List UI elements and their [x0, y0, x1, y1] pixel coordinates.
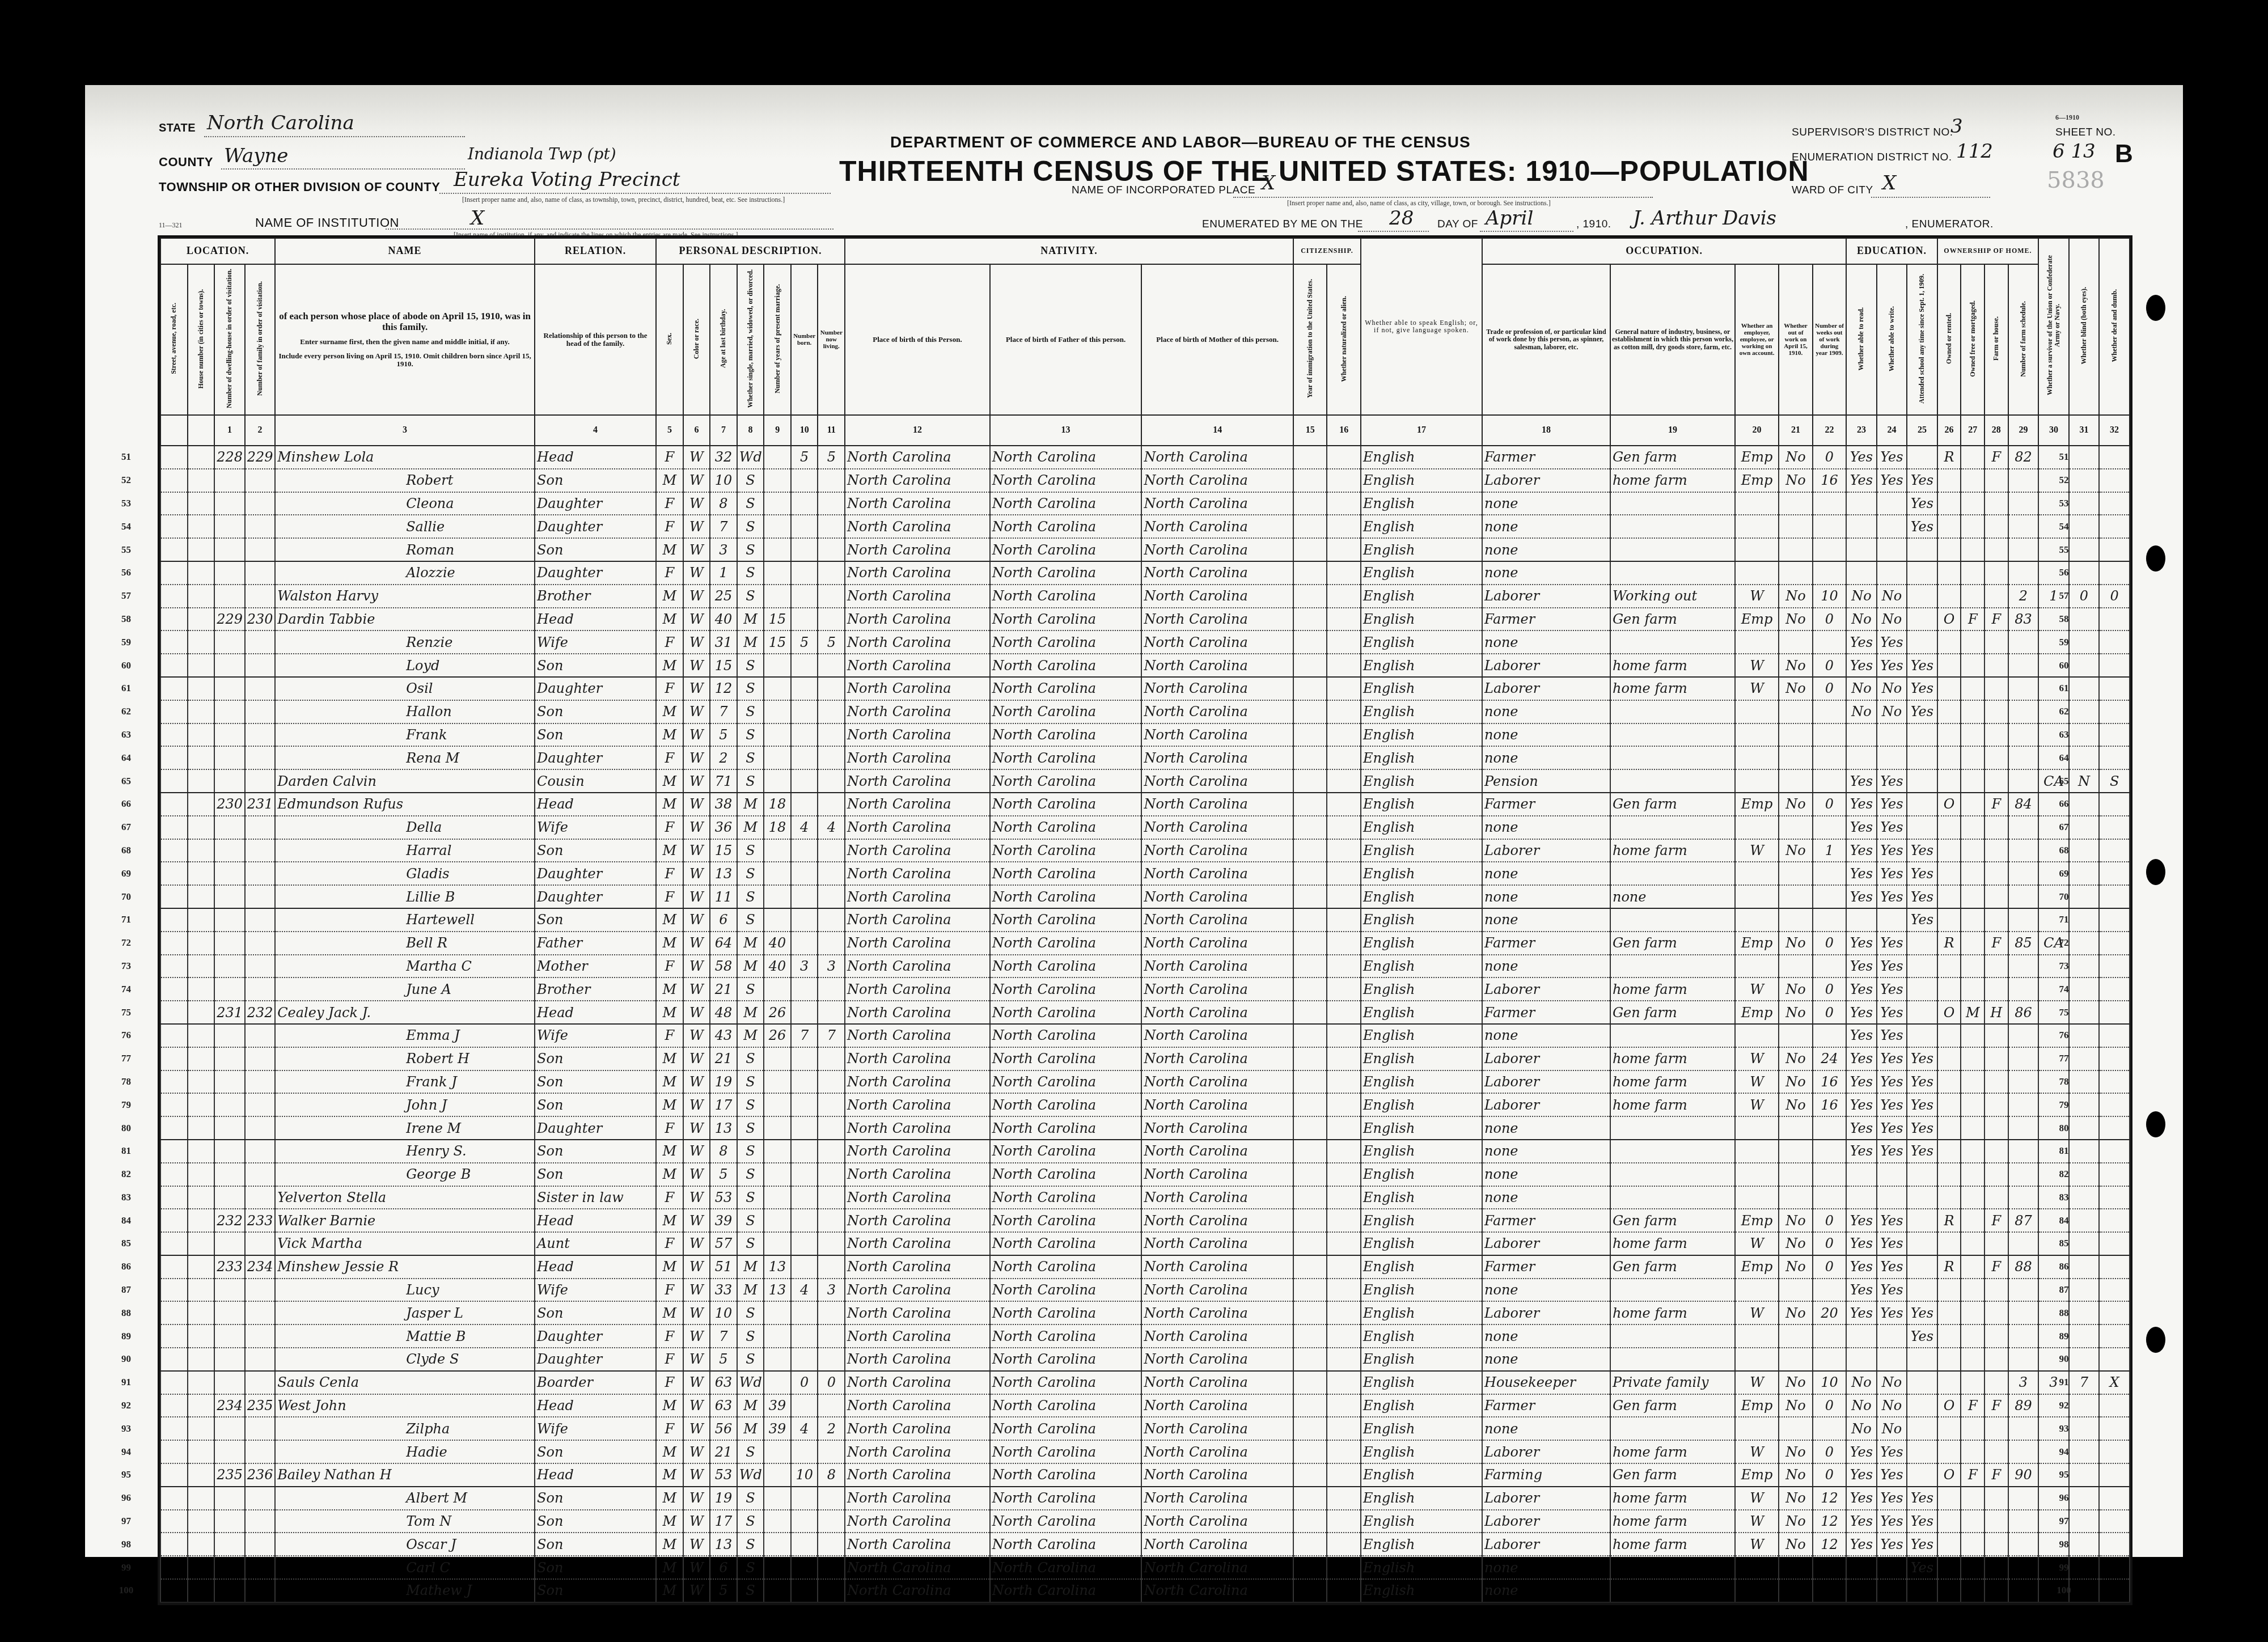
- header-birth-person: Place of birth of this Person.: [845, 264, 990, 415]
- cell-bp: North Carolina: [845, 1116, 990, 1140]
- line-number: 78: [2050, 1076, 2078, 1087]
- cell-dwelling: [214, 977, 245, 1001]
- census-table: LOCATION. NAME RELATION. PERSONAL DESCRI…: [158, 235, 2132, 1605]
- cell-street: [160, 977, 188, 1001]
- cell-write: Yes: [1877, 793, 1907, 816]
- cell-age: 63: [710, 1394, 737, 1417]
- column-number: 2: [245, 415, 276, 446]
- cell-read: [1846, 561, 1877, 585]
- line-number: 54: [2050, 521, 2078, 532]
- cell-bp: North Carolina: [845, 1417, 990, 1440]
- cell-dwelling: 230: [214, 793, 245, 816]
- cell-sex: M: [656, 608, 683, 631]
- cell-emp: [1735, 1186, 1779, 1209]
- cell-wk: 0: [1813, 1463, 1847, 1487]
- cell-fh: [1984, 1140, 2008, 1163]
- cell-dwelling: [214, 1533, 245, 1556]
- cell-emp: [1735, 1140, 1779, 1163]
- line-number: 52: [2050, 475, 2078, 486]
- cell-imm: [1293, 1093, 1327, 1116]
- cell-name: Bailey Nathan H: [275, 1463, 535, 1487]
- cell-ym: [764, 654, 791, 677]
- cell-deaf: X: [2099, 1371, 2130, 1394]
- cell-industry: [1610, 862, 1735, 885]
- cell-fh: F: [1984, 793, 2008, 816]
- cell-fm: [1961, 1024, 1984, 1047]
- cell-sched: [2008, 1533, 2039, 1556]
- cell-read: No: [1846, 608, 1877, 631]
- cell-dwelling: [214, 585, 245, 608]
- cell-street: [160, 908, 188, 932]
- cell-lang: English: [1361, 1140, 1482, 1163]
- cell-bpm: North Carolina: [1141, 1371, 1293, 1394]
- cell-industry: none: [1610, 885, 1735, 908]
- cell-industry: [1610, 1163, 1735, 1186]
- cell-bpf: North Carolina: [990, 1348, 1142, 1371]
- punch-hole: [2146, 1111, 2165, 1137]
- cell-dwelling: [214, 885, 245, 908]
- cell-trade: Laborer: [1482, 1070, 1610, 1094]
- cell-dwelling: [214, 1047, 245, 1070]
- cell-dwelling: 233: [214, 1255, 245, 1279]
- column-number: 29: [2008, 415, 2039, 446]
- cell-relation: Daughter: [535, 515, 656, 538]
- cell-house: [188, 1440, 215, 1463]
- cell-name: West John: [275, 1394, 535, 1417]
- cell-born: [791, 469, 818, 492]
- cell-relation: Son: [535, 1163, 656, 1186]
- cell-born: [791, 1440, 818, 1463]
- cell-living: [818, 1140, 845, 1163]
- cell-family: [245, 1279, 276, 1302]
- cell-house: [188, 515, 215, 538]
- cell-fh: [1984, 585, 2008, 608]
- cell-industry: home farm: [1610, 1047, 1735, 1070]
- cell-trade: Housekeeper: [1482, 1371, 1610, 1394]
- cell-imm: [1293, 885, 1327, 908]
- cell-sched: [2008, 1140, 2039, 1163]
- cell-lang: English: [1361, 955, 1482, 978]
- cell-read: No: [1846, 1394, 1877, 1417]
- cell-name: Alozzie: [275, 561, 535, 585]
- cell-fh: [1984, 908, 2008, 932]
- cell-deaf: 0: [2099, 585, 2130, 608]
- cell-living: [818, 608, 845, 631]
- cell-imm: [1293, 1070, 1327, 1094]
- cell-nat: [1327, 885, 1360, 908]
- header-free-mortgaged: Owned free or mortgaged.: [1961, 264, 1984, 415]
- cell-fh: [1984, 839, 2008, 862]
- table-row: SallieDaughterFW7SNorth CarolinaNorth Ca…: [160, 515, 2130, 538]
- group-nativity: NATIVITY.: [845, 238, 1293, 264]
- cell-oow: [1779, 816, 1812, 839]
- cell-fh: [1984, 1163, 2008, 1186]
- line-number: 66: [113, 798, 139, 810]
- cell-own: O: [1937, 1463, 1961, 1487]
- cell-street: [160, 955, 188, 978]
- cell-oow: [1779, 955, 1812, 978]
- table-row: Mathew JSonMW5SNorth CarolinaNorth Carol…: [160, 1579, 2130, 1602]
- cell-born: [791, 1001, 818, 1024]
- cell-bp: North Carolina: [845, 1140, 990, 1163]
- cell-family: [245, 1533, 276, 1556]
- incorporated-place-label: Name of incorporated place: [1072, 184, 1255, 197]
- header-children-born: Number born.: [791, 264, 818, 415]
- cell-family: [245, 1186, 276, 1209]
- cell-marital: Wd: [737, 1463, 764, 1487]
- cell-house: [188, 700, 215, 723]
- cell-marital: S: [737, 1579, 764, 1602]
- cell-race: W: [683, 885, 710, 908]
- line-number: 65: [2050, 776, 2078, 787]
- cell-ym: [764, 1556, 791, 1579]
- cell-living: [818, 1163, 845, 1186]
- cell-industry: home farm: [1610, 1440, 1735, 1463]
- cell-fh: [1984, 1324, 2008, 1348]
- cell-family: [245, 816, 276, 839]
- cell-ym: [764, 1163, 791, 1186]
- cell-write: [1877, 561, 1907, 585]
- line-number: 96: [2050, 1492, 2078, 1504]
- cell-wk: 0: [1813, 1394, 1847, 1417]
- header-race: Color or race.: [683, 264, 710, 415]
- cell-oow: No: [1779, 585, 1812, 608]
- cell-nat: [1327, 1209, 1360, 1232]
- cell-deaf: [2099, 1579, 2130, 1602]
- cell-family: [245, 585, 276, 608]
- cell-age: 64: [710, 932, 737, 955]
- cell-race: W: [683, 1394, 710, 1417]
- cell-sched: 82: [2008, 446, 2039, 469]
- cell-age: 38: [710, 793, 737, 816]
- cell-own: [1937, 955, 1961, 978]
- cell-living: [818, 977, 845, 1001]
- cell-fm: [1961, 1324, 1984, 1348]
- cell-sched: 89: [2008, 1394, 2039, 1417]
- cell-relation: Son: [535, 700, 656, 723]
- cell-wk: [1813, 1324, 1847, 1348]
- cell-nat: [1327, 677, 1360, 700]
- cell-street: [160, 1348, 188, 1371]
- cell-bpm: North Carolina: [1141, 1116, 1293, 1140]
- cell-own: [1937, 977, 1961, 1001]
- cell-street: [160, 769, 188, 793]
- cell-name: John J: [275, 1093, 535, 1116]
- cell-born: [791, 977, 818, 1001]
- cell-nat: [1327, 1070, 1360, 1094]
- cell-lang: English: [1361, 1279, 1482, 1302]
- cell-race: W: [683, 1579, 710, 1602]
- cell-bpf: North Carolina: [990, 1440, 1142, 1463]
- cell-bp: North Carolina: [845, 1047, 990, 1070]
- cell-ym: [764, 1324, 791, 1348]
- cell-fm: [1961, 492, 1984, 515]
- cell-oow: [1779, 515, 1812, 538]
- header-language: Whether able to speak English; or, if no…: [1361, 238, 1482, 415]
- cell-born: [791, 1070, 818, 1094]
- cell-own: [1937, 1301, 1961, 1324]
- cell-name: Loyd: [275, 654, 535, 677]
- cell-school: [1907, 1024, 1937, 1047]
- cell-lang: English: [1361, 1324, 1482, 1348]
- cell-relation: Head: [535, 1463, 656, 1487]
- cell-industry: [1610, 1116, 1735, 1140]
- cell-age: 3: [710, 538, 737, 561]
- cell-deaf: [2099, 816, 2130, 839]
- cell-deaf: [2099, 932, 2130, 955]
- cell-family: [245, 1417, 276, 1440]
- cell-imm: [1293, 1140, 1327, 1163]
- cell-fm: [1961, 908, 1984, 932]
- cell-born: 7: [791, 1024, 818, 1047]
- cell-emp: Emp: [1735, 469, 1779, 492]
- table-row: DellaWifeFW36M1844North CarolinaNorth Ca…: [160, 816, 2130, 839]
- cell-lang: English: [1361, 1093, 1482, 1116]
- cell-emp: [1735, 1579, 1779, 1602]
- cell-emp: [1735, 862, 1779, 885]
- cell-own: [1937, 654, 1961, 677]
- cell-born: [791, 885, 818, 908]
- cell-lang: English: [1361, 977, 1482, 1001]
- cell-wk: [1813, 862, 1847, 885]
- table-row: Walston HarvyBrotherMW25SNorth CarolinaN…: [160, 585, 2130, 608]
- column-number: 24: [1877, 415, 1907, 446]
- cell-school: [1907, 746, 1937, 769]
- cell-industry: [1610, 955, 1735, 978]
- cell-marital: M: [737, 1394, 764, 1417]
- line-number: 52: [113, 475, 139, 486]
- cell-family: 230: [245, 608, 276, 631]
- cell-fm: [1961, 746, 1984, 769]
- cell-imm: [1293, 723, 1327, 747]
- cell-fh: [1984, 1116, 2008, 1140]
- cell-industry: [1610, 1417, 1735, 1440]
- cell-bpm: North Carolina: [1141, 1301, 1293, 1324]
- cell-relation: Son: [535, 1579, 656, 1602]
- cell-family: [245, 700, 276, 723]
- cell-oow: [1779, 862, 1812, 885]
- line-number: 94: [113, 1446, 139, 1458]
- cell-living: [818, 793, 845, 816]
- cell-write: Yes: [1877, 630, 1907, 654]
- cell-living: [818, 1556, 845, 1579]
- cell-nat: [1327, 932, 1360, 955]
- cell-dwelling: [214, 1116, 245, 1140]
- cell-own: [1937, 1348, 1961, 1371]
- cell-deaf: [2099, 1070, 2130, 1094]
- cell-own: R: [1937, 932, 1961, 955]
- table-row: OsilDaughterFW12SNorth CarolinaNorth Car…: [160, 677, 2130, 700]
- cell-lang: English: [1361, 1232, 1482, 1255]
- cell-name: Bell R: [275, 932, 535, 955]
- cell-marital: Wd: [737, 1371, 764, 1394]
- cell-race: W: [683, 1463, 710, 1487]
- cell-relation: Wife: [535, 1024, 656, 1047]
- cell-lang: English: [1361, 1186, 1482, 1209]
- cell-write: Yes: [1877, 1116, 1907, 1140]
- cell-name: Lillie B: [275, 885, 535, 908]
- cell-own: [1937, 862, 1961, 885]
- line-number: 89: [2050, 1331, 2078, 1342]
- cell-read: No: [1846, 585, 1877, 608]
- cell-street: [160, 1533, 188, 1556]
- cell-nat: [1327, 1510, 1360, 1533]
- cell-lang: English: [1361, 862, 1482, 885]
- cell-sex: F: [656, 955, 683, 978]
- cell-bpf: North Carolina: [990, 955, 1142, 978]
- cell-bpf: North Carolina: [990, 1024, 1142, 1047]
- cell-industry: [1610, 1140, 1735, 1163]
- cell-bpm: North Carolina: [1141, 677, 1293, 700]
- cell-own: [1937, 1510, 1961, 1533]
- cell-write: No: [1877, 700, 1907, 723]
- cell-race: W: [683, 1209, 710, 1232]
- cell-imm: [1293, 1324, 1327, 1348]
- cell-relation: Son: [535, 654, 656, 677]
- cell-race: W: [683, 1510, 710, 1533]
- header-blind: Whether blind (both eyes).: [2069, 238, 2100, 415]
- column-number: 10: [791, 415, 818, 446]
- cell-fh: [1984, 515, 2008, 538]
- cell-street: [160, 608, 188, 631]
- header-birth-mother: Place of birth of Mother of this person.: [1141, 264, 1293, 415]
- cell-deaf: [2099, 1348, 2130, 1371]
- cell-name: Henry S.: [275, 1140, 535, 1163]
- cell-fm: M: [1961, 1001, 1984, 1024]
- cell-emp: [1735, 1116, 1779, 1140]
- cell-lang: English: [1361, 1394, 1482, 1417]
- cell-age: 11: [710, 885, 737, 908]
- cell-name: Walston Harvy: [275, 585, 535, 608]
- cell-dwelling: [214, 862, 245, 885]
- cell-street: [160, 1279, 188, 1302]
- cell-nat: [1327, 1556, 1360, 1579]
- cell-wk: [1813, 885, 1847, 908]
- cell-imm: [1293, 1579, 1327, 1602]
- line-number: 87: [2050, 1284, 2078, 1296]
- cell-trade: none: [1482, 1163, 1610, 1186]
- cell-marital: S: [737, 1487, 764, 1510]
- cell-own: [1937, 1070, 1961, 1094]
- line-number: 78: [113, 1076, 139, 1087]
- cell-trade: Laborer: [1482, 469, 1610, 492]
- cell-ym: 39: [764, 1394, 791, 1417]
- cell-fh: [1984, 561, 2008, 585]
- cell-bpm: North Carolina: [1141, 492, 1293, 515]
- cell-born: [791, 677, 818, 700]
- cell-living: [818, 1394, 845, 1417]
- line-number: 73: [2050, 960, 2078, 972]
- cell-name: Osil: [275, 677, 535, 700]
- cell-family: [245, 1232, 276, 1255]
- cell-own: O: [1937, 793, 1961, 816]
- cell-sched: 83: [2008, 608, 2039, 631]
- cell-race: W: [683, 700, 710, 723]
- cell-fh: [1984, 492, 2008, 515]
- cell-house: [188, 955, 215, 978]
- cell-emp: [1735, 816, 1779, 839]
- cell-bpm: North Carolina: [1141, 932, 1293, 955]
- cell-marital: S: [737, 746, 764, 769]
- cell-lang: English: [1361, 515, 1482, 538]
- cell-industry: home farm: [1610, 839, 1735, 862]
- cell-own: [1937, 723, 1961, 747]
- cell-own: [1937, 492, 1961, 515]
- cell-wk: 0: [1813, 977, 1847, 1001]
- cell-imm: [1293, 1001, 1327, 1024]
- cell-bp: North Carolina: [845, 1487, 990, 1510]
- cell-bp: North Carolina: [845, 446, 990, 469]
- line-number: 64: [2050, 752, 2078, 764]
- cell-deaf: [2099, 654, 2130, 677]
- cell-fh: [1984, 1047, 2008, 1070]
- cell-emp: [1735, 1324, 1779, 1348]
- cell-marital: S: [737, 1209, 764, 1232]
- line-number: 95: [2050, 1469, 2078, 1480]
- cell-age: 48: [710, 1001, 737, 1024]
- cell-nat: [1327, 1116, 1360, 1140]
- cell-wk: [1813, 1579, 1847, 1602]
- cell-living: [818, 585, 845, 608]
- cell-born: 3: [791, 955, 818, 978]
- cell-bpm: North Carolina: [1141, 1186, 1293, 1209]
- line-number: 55: [2050, 544, 2078, 556]
- cell-age: 15: [710, 654, 737, 677]
- cell-trade: none: [1482, 816, 1610, 839]
- cell-deaf: [2099, 1186, 2130, 1209]
- cell-bpf: North Carolina: [990, 1533, 1142, 1556]
- cell-oow: No: [1779, 1093, 1812, 1116]
- cell-relation: Boarder: [535, 1371, 656, 1394]
- cell-born: [791, 1533, 818, 1556]
- cell-race: W: [683, 1533, 710, 1556]
- cell-nat: [1327, 955, 1360, 978]
- cell-industry: [1610, 630, 1735, 654]
- cell-oow: No: [1779, 608, 1812, 631]
- cell-relation: Head: [535, 1001, 656, 1024]
- cell-bpf: North Carolina: [990, 1324, 1142, 1348]
- cell-fh: [1984, 538, 2008, 561]
- cell-imm: [1293, 1510, 1327, 1533]
- cell-imm: [1293, 1440, 1327, 1463]
- table-row: FrankSonMW5SNorth CarolinaNorth Carolina…: [160, 723, 2130, 747]
- cell-living: 3: [818, 1279, 845, 1302]
- punch-hole: [2146, 545, 2165, 572]
- line-number: 84: [113, 1215, 139, 1226]
- cell-school: [1907, 1232, 1937, 1255]
- cell-ym: [764, 746, 791, 769]
- cell-living: [818, 1116, 845, 1140]
- cell-name: Sauls Cenla: [275, 1371, 535, 1394]
- cell-industry: home farm: [1610, 1232, 1735, 1255]
- cell-fh: [1984, 885, 2008, 908]
- cell-school: Yes: [1907, 1510, 1937, 1533]
- line-number: 55: [113, 544, 139, 556]
- header-name: of each person whose place of abode on A…: [275, 264, 535, 415]
- cell-oow: [1779, 700, 1812, 723]
- cell-living: [818, 700, 845, 723]
- cell-bpm: North Carolina: [1141, 1510, 1293, 1533]
- cell-ym: [764, 1371, 791, 1394]
- column-number: 12: [845, 415, 990, 446]
- cell-name: Darden Calvin: [275, 769, 535, 793]
- cell-born: [791, 723, 818, 747]
- cell-ym: [764, 908, 791, 932]
- cell-emp: [1735, 630, 1779, 654]
- cell-sched: 88: [2008, 1255, 2039, 1279]
- cell-nat: [1327, 1186, 1360, 1209]
- cell-write: Yes: [1877, 1279, 1907, 1302]
